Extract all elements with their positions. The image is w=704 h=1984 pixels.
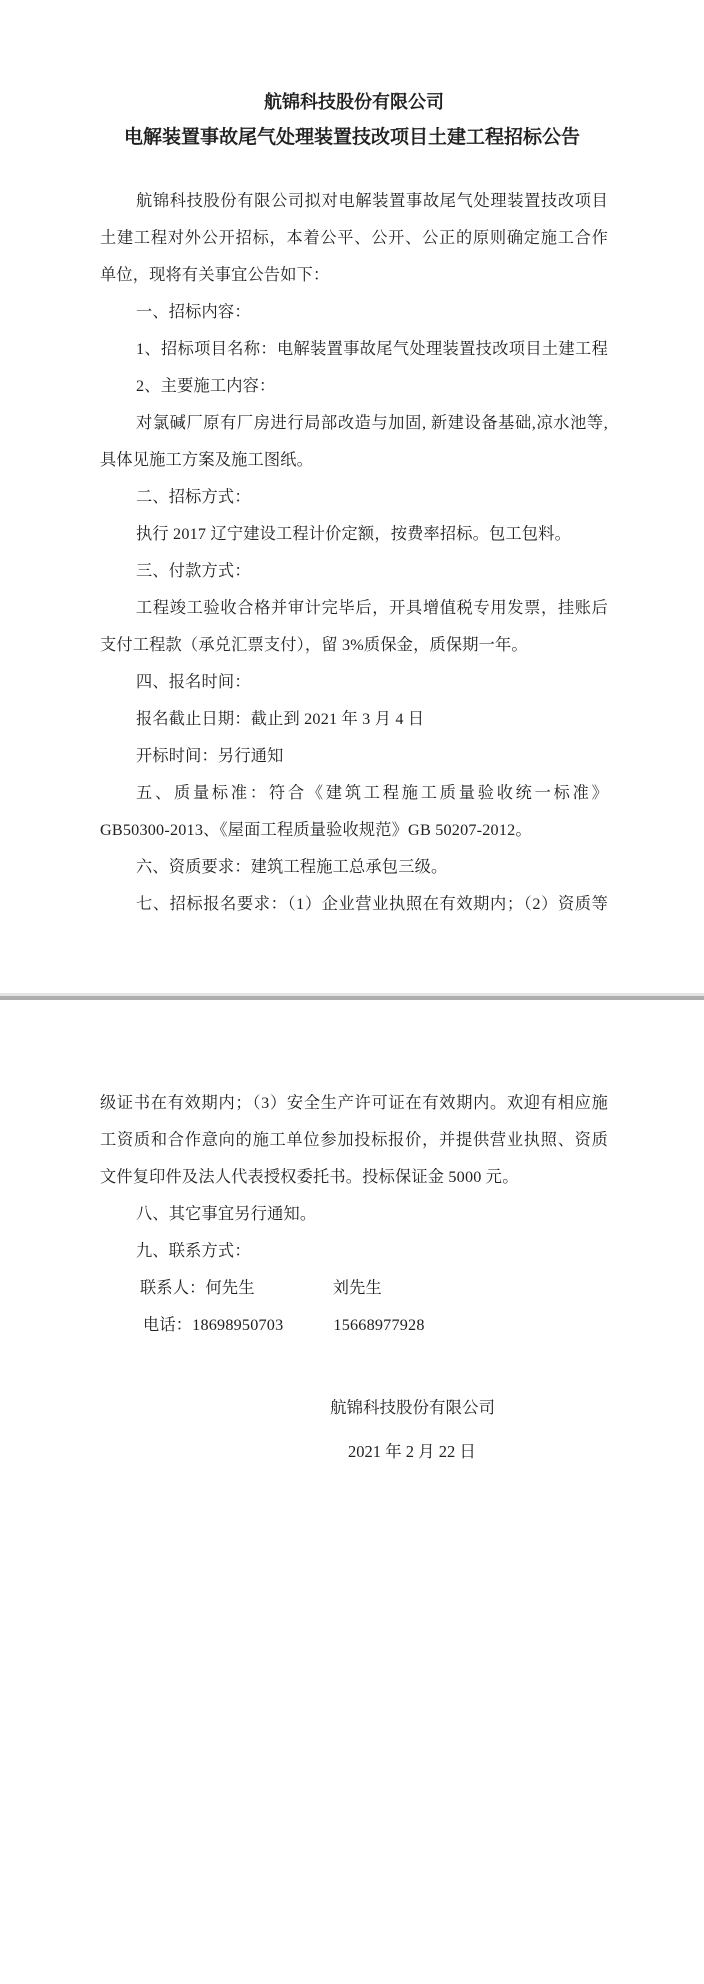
section-heading-8: 八、其它事宜另行通知。 bbox=[100, 1202, 608, 1226]
document-company-title: 航锦科技股份有限公司 bbox=[100, 89, 608, 115]
section-heading-2: 二、招标方式： bbox=[100, 485, 608, 509]
deadline-line: 报名截止日期：截止到 2021 年 3 月 4 日 bbox=[100, 707, 608, 731]
contact-phone-2: 15668977928 bbox=[333, 1316, 424, 1334]
contact-person-2: 刘先生 bbox=[333, 1279, 382, 1297]
document-viewer: 航锦科技股份有限公司 电解装置事故尾气处理装置技改项目土建工程招标公告 航锦科技… bbox=[0, 0, 704, 1984]
section-heading-3: 三、付款方式： bbox=[100, 559, 608, 583]
section-heading-4: 四、报名时间： bbox=[100, 670, 608, 694]
paragraph-line: 工资质和合作意向的施工单位参加投标报价，并提供营业执照、资质 bbox=[100, 1128, 608, 1152]
contact-person-1: 联系人：何先生 bbox=[140, 1279, 255, 1297]
page-1: 航锦科技股份有限公司 电解装置事故尾气处理装置技改项目土建工程招标公告 航锦科技… bbox=[0, 0, 704, 993]
paragraph-line: 单位，现将有关事宜公告如下： bbox=[100, 263, 608, 287]
contact-persons-row: 联系人：何先生刘先生 bbox=[100, 1276, 608, 1300]
section-heading-9: 九、联系方式： bbox=[100, 1239, 608, 1263]
contact-phones-row: 电话：1869895070315668977928 bbox=[100, 1313, 608, 1337]
paragraph-line: 工程竣工验收合格并审计完毕后，开具增值税专用发票，挂账后 bbox=[100, 596, 608, 620]
paragraph-line: 文件复印件及法人代表授权委托书。投标保证金 5000 元。 bbox=[100, 1165, 608, 1189]
section-heading-6: 六、资质要求：建筑工程施工总承包三级。 bbox=[100, 855, 608, 879]
paragraph-line: 2、主要施工内容： bbox=[100, 374, 608, 398]
paragraph-line: GB50300-2013、《屋面工程质量验收规范》GB 50207-2012。 bbox=[100, 818, 608, 842]
paragraph-line: 级证书在有效期内；（3）安全生产许可证在有效期内。欢迎有相应施 bbox=[100, 1091, 608, 1115]
paragraph-line: 航锦科技股份有限公司拟对电解装置事故尾气处理装置技改项目 bbox=[100, 189, 608, 213]
section-heading-1: 一、招标内容： bbox=[100, 300, 608, 324]
paragraph-line: 土建工程对外公开招标，本着公平、公开、公正的原则确定施工合作 bbox=[100, 226, 608, 250]
signature-date: 2021 年 2 月 22 日 bbox=[348, 1440, 476, 1464]
signature-company: 航锦科技股份有限公司 bbox=[330, 1396, 495, 1420]
page-separator bbox=[0, 993, 704, 1000]
paragraph-line: 支付工程款（承兑汇票支付），留 3%质保金，质保期一年。 bbox=[100, 633, 608, 657]
bid-opening-line: 开标时间：另行通知 bbox=[100, 744, 608, 768]
document-main-title: 电解装置事故尾气处理装置技改项目土建工程招标公告 bbox=[48, 124, 656, 152]
section-heading-7: 七、招标报名要求：（1）企业营业执照在有效期内；（2）资质等 bbox=[100, 892, 608, 916]
paragraph-line: 具体见施工方案及施工图纸。 bbox=[100, 448, 608, 472]
section-heading-5: 五、质量标准：符合《建筑工程施工质量验收统一标准》 bbox=[100, 781, 608, 805]
paragraph-line: 执行 2017 辽宁建设工程计价定额，按费率招标。包工包料。 bbox=[100, 522, 608, 546]
paragraph-line: 1、招标项目名称：电解装置事故尾气处理装置技改项目土建工程 bbox=[100, 337, 608, 361]
contact-phone-1: 电话：18698950703 bbox=[143, 1316, 283, 1334]
paragraph-line: 对氯碱厂原有厂房进行局部改造与加固, 新建设备基础,凉水池等, bbox=[100, 411, 608, 435]
